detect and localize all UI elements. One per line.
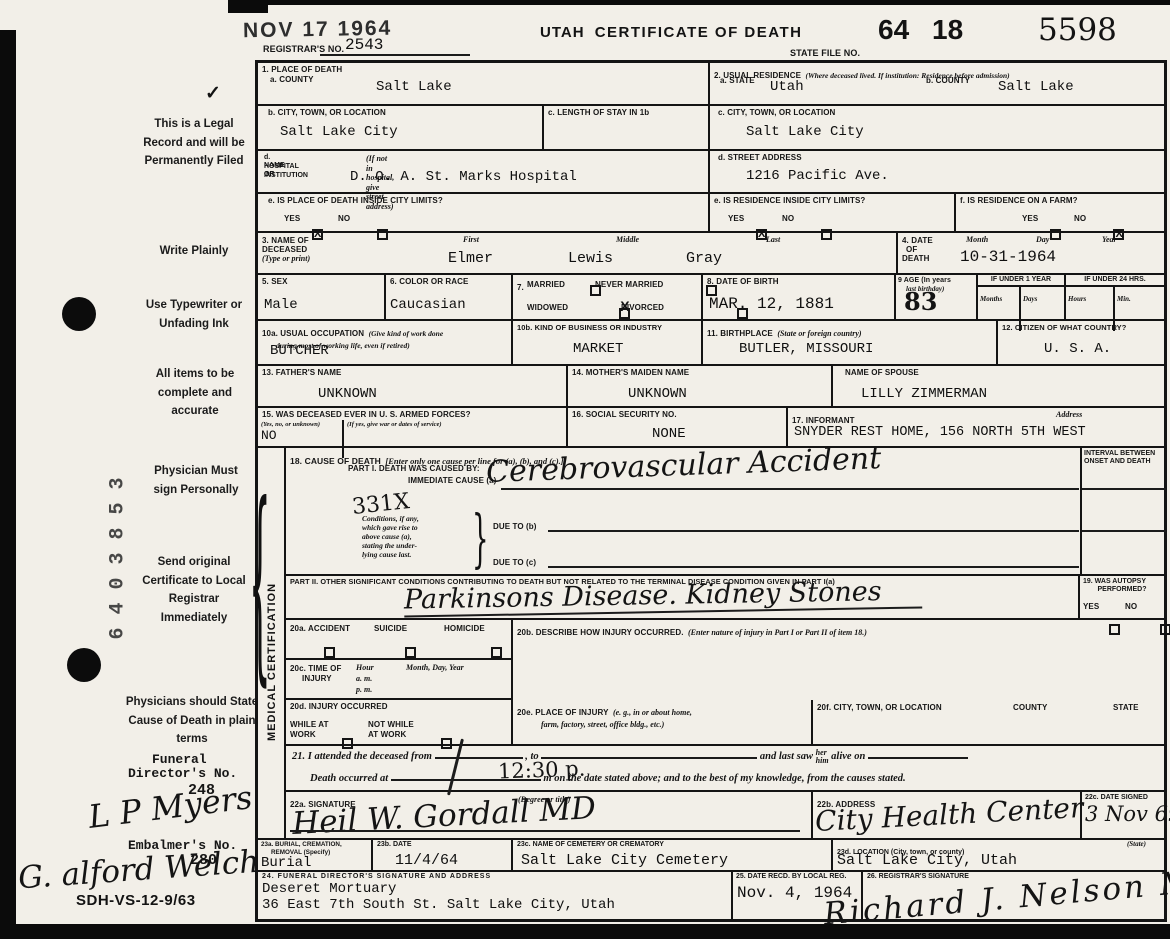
field-14-mother: 14. MOTHER'S MAIDEN NAME UNKNOWN xyxy=(568,366,833,406)
field-23a-label-1: 23a. BURIAL, CREMATION, xyxy=(261,841,368,849)
field-20f-label: 20f. CITY, TOWN, OR LOCATION xyxy=(817,703,942,713)
conditions-line-5: lying cause last. xyxy=(362,550,474,559)
section-usual-residence: 2. USUAL RESIDENCE (Where deceased lived… xyxy=(710,63,1164,231)
field-5-value: Male xyxy=(264,297,298,313)
field-23b-date: 23b. DATE 11/4/64 xyxy=(373,840,513,870)
due-b-line xyxy=(548,516,1079,532)
conditions-line-3: above cause (a), xyxy=(362,532,474,541)
field-24-label: 24. FUNERAL DIRECTOR'S SIGNATURE AND ADD… xyxy=(262,873,727,881)
field-15-note-2: (If yes, give war or dates of service) xyxy=(347,421,563,429)
funeral-director-no-label-1: Funeral xyxy=(152,752,207,767)
field-23c-cemetery: 23c. NAME OF CEMETERY OR CREMATORY Salt … xyxy=(513,840,833,870)
field-2d-street: d. STREET ADDRESS 1216 Pacific Ave. xyxy=(710,151,806,192)
medical-certification-main: 18. CAUSE OF DEATH [Enter only one cause… xyxy=(286,448,1164,838)
medical-certification-label: MEDICAL CERTIFICATION xyxy=(266,552,278,772)
field-1a-county: 1. PLACE OF DEATH a. COUNTY Salt Lake xyxy=(258,63,346,104)
field-24-funeral-director: 24. FUNERAL DIRECTOR'S SIGNATURE AND ADD… xyxy=(258,872,733,919)
field-7-divorced-label: DIVORCED xyxy=(621,303,664,313)
field-20a-homicide-label: HOMICIDE xyxy=(444,624,485,634)
field-3-middle-value: Lewis xyxy=(568,250,613,267)
field-1b-city: b. CITY, TOWN, OR LOCATION Salt Lake Cit… xyxy=(258,106,544,149)
field-2f-yes-label: YES xyxy=(1022,214,1038,224)
field-20a-suicide-label: SUICIDE xyxy=(374,624,407,634)
field-9-age: 9 AGE (In years last birthday) 83 xyxy=(896,275,978,319)
field-1e-yes-label: YES xyxy=(284,214,300,224)
field-2e-yes-label: YES xyxy=(728,214,744,224)
field-8-date-of-birth: 8. DATE OF BIRTH MAR. 12, 1881 xyxy=(703,275,896,319)
registrar-no-line xyxy=(320,38,470,56)
margin-checkmark: ✓ xyxy=(205,82,221,105)
field-15-armed-forces: 15. WAS DECEASED EVER IN U. S. ARMED FOR… xyxy=(258,408,568,446)
field-3-last-value: Gray xyxy=(686,250,722,267)
field-1a-value: Salt Lake xyxy=(376,79,452,95)
am-label: a. m. xyxy=(356,674,372,684)
accident-checkbox xyxy=(324,647,335,658)
hours-label: Hours xyxy=(1068,295,1086,303)
death-occurred-text: Death occurred at xyxy=(310,773,388,784)
field-20e-note-2: farm, factory, street, office bldg., etc… xyxy=(541,720,807,730)
field-11-label: 11. BIRTHPLACE xyxy=(707,329,773,338)
field-4-day-label: Day xyxy=(1036,235,1049,245)
margin-write-plainly: Write Plainly xyxy=(138,242,250,261)
field-9-value: 83 xyxy=(904,287,937,316)
scan-edge-left xyxy=(0,30,16,939)
immediate-cause-label: IMMEDIATE CAUSE (a) xyxy=(408,476,496,486)
due-to-b-label: DUE TO (b) xyxy=(493,522,537,532)
funeral-director-signature: L P Myers xyxy=(86,778,254,836)
field-1d-hospital: d. NAME OF HOSPITAL OR INSTITUTION (If n… xyxy=(258,151,266,192)
hole-punch-top xyxy=(62,297,96,331)
interval-label-1: INTERVAL BETWEEN xyxy=(1082,448,1164,458)
death-certificate-scan: NOV 17 1964 REGISTRAR'S NO. 2543 UTAH CE… xyxy=(0,0,1170,939)
field-3-last-label: Last xyxy=(766,235,780,245)
field-20c-label-2: INJURY xyxy=(302,674,332,684)
margin-legal-record: This is a Legal Record and will be Perma… xyxy=(138,115,250,171)
field-3-first-value: Elmer xyxy=(448,250,493,267)
month-day-year-label: Month, Day, Year xyxy=(406,663,464,673)
field-24-value-2: 36 East 7th South St. Salt Lake City, Ut… xyxy=(262,897,727,913)
time-of-death-value: 12:30 p. xyxy=(498,756,586,783)
field-23a-value: Burial xyxy=(261,855,368,871)
hour-label: Hour xyxy=(356,663,374,673)
field-14-label: 14. MOTHER'S MAIDEN NAME xyxy=(572,368,827,378)
field-13-father: 13. FATHER'S NAME UNKNOWN xyxy=(258,366,568,406)
field-7-marital-status: 7. MARRIED NEVER MARRIED WIDOWED X DIVOR… xyxy=(513,275,703,319)
field-15-value: NO xyxy=(261,428,339,443)
section-place-of-death: 1. PLACE OF DEATH a. COUNTY Salt Lake b.… xyxy=(258,63,710,231)
days-label: Days xyxy=(1023,295,1037,303)
field-23c-label: 23c. NAME OF CEMETERY OR CREMATORY xyxy=(517,841,827,849)
field-23b-value: 11/4/64 xyxy=(395,852,458,869)
field-9-under-1-year: IF UNDER 1 YEAR Months Days xyxy=(978,275,1066,319)
min-label: Min. xyxy=(1117,295,1131,303)
interval-column: INTERVAL BETWEEN ONSET AND DEATH xyxy=(1080,448,1164,576)
field-20f-state-label: STATE xyxy=(1113,703,1139,713)
field-10b-value: MARKET xyxy=(573,341,623,357)
field-8-label: 8. DATE OF BIRTH xyxy=(707,277,890,287)
field-12-value: U. S. A. xyxy=(1044,341,1111,357)
scan-edge-top-corner xyxy=(228,0,268,13)
field-25-label: 25. DATE RECD. BY LOCAL REG. xyxy=(736,873,858,881)
embalmer-signature: G. alford Welch xyxy=(17,844,260,897)
while-at-label-1: WHILE AT xyxy=(290,720,329,730)
field-1e-no-label: NO xyxy=(338,214,350,224)
field-16-value: NONE xyxy=(652,426,686,442)
field-20a-accident-label: 20a. ACCIDENT xyxy=(290,624,350,634)
field-1a-label: a. COUNTY xyxy=(270,75,342,85)
field-17-value: SNYDER REST HOME, 156 NORTH 5TH WEST xyxy=(794,425,1086,440)
form-title-main: CERTIFICATE OF DEATH xyxy=(595,24,803,41)
physician-address-value: City Health Center xyxy=(814,791,1084,838)
field-2f-no-label: NO xyxy=(1074,214,1086,224)
field-5-sex: 5. SEX Male xyxy=(258,275,386,319)
interval-label-2: ONSET AND DEATH xyxy=(1082,458,1164,466)
field-1d-value: D. O. A. St. Marks Hospital xyxy=(350,169,577,185)
not-while-label-2: AT WORK xyxy=(368,730,406,740)
field-1c-label: c. LENGTH OF STAY IN 1b xyxy=(548,108,704,118)
him-text: him xyxy=(816,757,829,765)
form-code: SDH-VS-12-9/63 xyxy=(76,892,196,909)
field-6-value: Caucasian xyxy=(390,297,466,313)
state-file-no-a: 64 xyxy=(878,14,909,46)
field-7-never-married-label: NEVER MARRIED xyxy=(595,280,663,290)
state-file-label: STATE FILE NO. xyxy=(790,48,860,59)
due-c-line xyxy=(548,552,1079,568)
field-2b-label: b. COUNTY xyxy=(926,76,970,86)
field-spouse-label: NAME OF SPOUSE xyxy=(845,368,1160,378)
field-17-address-label: Address xyxy=(1056,410,1082,420)
not-while-label-1: NOT WHILE xyxy=(368,720,414,730)
field-2ab: 2. USUAL RESIDENCE (Where deceased lived… xyxy=(710,63,1014,104)
medical-certification-strip: { MEDICAL CERTIFICATION xyxy=(258,448,286,838)
field-2c-label: c. CITY, TOWN, OR LOCATION xyxy=(718,108,835,118)
field-1-label: 1. PLACE OF DEATH xyxy=(262,65,342,75)
conditions-line-4: stating the under- xyxy=(362,541,474,550)
field-2-note: (Where deceased lived. If institution: R… xyxy=(805,71,1009,80)
date-signed-value: 3 Nov 69 xyxy=(1085,802,1170,826)
field-15-label: 15. WAS DECEASED EVER IN U. S. ARMED FOR… xyxy=(258,408,566,420)
field-3-name-of-deceased: 3. NAME OF DECEASED (Type or print) Firs… xyxy=(258,233,898,273)
field-19-yes-label: YES xyxy=(1083,602,1099,612)
physician-signature: Heil W. Gordall MD xyxy=(291,790,597,842)
field-19-label-1: 19. WAS AUTOPSY xyxy=(1083,578,1161,586)
field-20d-label: 20d. INJURY OCCURRED xyxy=(290,702,507,712)
field-10a-occupation: 10a. USUAL OCCUPATION (Give kind of work… xyxy=(258,321,513,364)
field-23b-label: 23b. DATE xyxy=(377,841,507,849)
interval-line-b xyxy=(1082,516,1166,532)
field-7-label: 7. xyxy=(517,283,524,292)
conditions-line-2: which gave rise to xyxy=(362,523,474,532)
film-number-vertical: 6403853 xyxy=(107,340,130,640)
field-2c-city: c. CITY, TOWN, OR LOCATION Salt Lake Cit… xyxy=(710,106,839,149)
conditions-brace: } xyxy=(472,505,489,577)
field-23c-value: Salt Lake City Cemetery xyxy=(521,852,728,869)
field-11-value: BUTLER, MISSOURI xyxy=(739,341,873,357)
field-2a-value: Utah xyxy=(770,79,804,95)
field-20b-note: (Enter nature of injury in Part I or Par… xyxy=(688,628,867,637)
field-20f-county-label: COUNTY xyxy=(1013,703,1047,713)
field-23d-state-note: (State) xyxy=(1127,840,1146,848)
field-7-widowed-label: WIDOWED xyxy=(527,303,568,313)
field-13-value: UNKNOWN xyxy=(318,386,377,402)
margin-send-original: Send original Certificate to Local Regis… xyxy=(138,553,250,628)
signature-line xyxy=(290,818,800,832)
field-16-label: 16. SOCIAL SECURITY NO. xyxy=(572,410,782,420)
under-1-year-label: IF UNDER 1 YEAR xyxy=(978,275,1064,287)
due-to-c-label: DUE TO (c) xyxy=(493,558,536,568)
scan-edge-top xyxy=(228,0,1170,5)
field-6-label: 6. COLOR OR RACE xyxy=(390,277,507,287)
field-9-label-1: 9 AGE (In years xyxy=(898,277,974,285)
field-13-label: 13. FATHER'S NAME xyxy=(262,368,562,378)
field-4-label-3: DEATH xyxy=(902,254,929,264)
funeral-director-no-label-2: Director's No. xyxy=(128,766,237,781)
field-10a-note-1: (Give kind of work done xyxy=(369,329,444,338)
field-6-race: 6. COLOR OR RACE Caucasian xyxy=(386,275,513,319)
field-23d-location: 23d. LOCATION (City, town, or county) (S… xyxy=(833,840,1164,870)
hole-punch-bottom xyxy=(67,648,101,682)
pen-flourish xyxy=(447,738,464,795)
field-19-no-label: NO xyxy=(1125,602,1137,612)
field-3-middle-label: Middle xyxy=(616,235,639,245)
margin-state-cause: Physicians should State Cause of Death i… xyxy=(124,693,260,749)
field-17-informant: 17. INFORMANT Address SNYDER REST HOME, … xyxy=(788,408,1164,446)
interval-line-a xyxy=(1082,476,1166,490)
field-2a-label: a. STATE xyxy=(720,76,755,86)
field-16-ssn: 16. SOCIAL SECURITY NO. NONE xyxy=(568,408,788,446)
field-3-first-label: First xyxy=(463,235,479,245)
field-19-label-2: PERFORMED? xyxy=(1083,586,1161,594)
field-2c-value: Salt Lake City xyxy=(746,124,864,140)
field-3-label-3: (Type or print) xyxy=(262,254,310,264)
field-12-citizen: 12. CITIZEN OF WHAT COUNTRY? U. S. A. xyxy=(998,321,1164,364)
field-4-year-label: Year xyxy=(1102,235,1117,245)
field-2f-label: f. IS RESIDENCE ON A FARM? xyxy=(960,196,1160,206)
field-10a-label: 10a. USUAL OCCUPATION xyxy=(262,329,364,338)
form-title: UTAH CERTIFICATE OF DEATH xyxy=(540,24,803,41)
field-1e-city-limits: e. IS PLACE OF DEATH INSIDE CITY LIMITS?… xyxy=(258,194,447,233)
suicide-checkbox xyxy=(405,647,416,658)
state-file-no-b: 18 xyxy=(932,14,963,46)
field-10a-value: BUTCHER xyxy=(270,343,329,359)
field-11-note: (State or foreign country) xyxy=(777,329,861,338)
field-20e-label: 20e. PLACE OF INJURY xyxy=(517,708,609,717)
field-26-registrar: 26. REGISTRAR'S SIGNATURE Richard J. Nel… xyxy=(863,872,1164,919)
field-17-label: 17. INFORMANT xyxy=(792,416,855,425)
field-4-date-of-death: 4. DATE OF DEATH Month Day Year 10-31-19… xyxy=(898,233,1164,273)
field-1c-length-of-stay: c. LENGTH OF STAY IN 1b xyxy=(544,106,708,149)
field-4-month-label: Month xyxy=(966,235,988,245)
field-2d-value: 1216 Pacific Ave. xyxy=(746,168,889,184)
field-8-value: MAR. 12, 1881 xyxy=(709,295,834,313)
field-spouse-value: LILLY ZIMMERMAN xyxy=(861,386,987,402)
while-at-label-2: WORK xyxy=(290,730,316,740)
field-1b-label: b. CITY, TOWN, OR LOCATION xyxy=(268,108,538,118)
form-title-state: UTAH xyxy=(540,24,585,41)
field-7-married-label: MARRIED xyxy=(527,280,565,290)
margin-use-typewriter: Use Typewriter or Unfading Ink xyxy=(130,296,258,333)
field-23d-value: Salt Lake City, Utah xyxy=(837,852,1017,869)
margin-all-items: All items to be complete and accurate xyxy=(138,365,252,421)
scan-edge-bottom xyxy=(0,924,1170,939)
field-4-value: 10-31-1964 xyxy=(960,248,1056,266)
months-label: Months xyxy=(980,295,1002,303)
field-2d-label: d. STREET ADDRESS xyxy=(718,153,802,163)
field-20b-label: 20b. DESCRIBE HOW INJURY OCCURRED. xyxy=(517,628,684,637)
attended-text-1: 21. I attended the deceased from xyxy=(292,751,432,762)
field-5-label: 5. SEX xyxy=(262,277,380,287)
field-1d-label-3: INSTITUTION xyxy=(264,172,308,180)
under-24-hrs-label: IF UNDER 24 HRS. xyxy=(1066,275,1164,287)
field-15-note-1: (Yes, no, or unknown) xyxy=(261,421,339,429)
homicide-checkbox xyxy=(491,647,502,658)
field-2e-label: e. IS RESIDENCE INSIDE CITY LIMITS? xyxy=(714,196,950,206)
field-2b-value: Salt Lake xyxy=(998,79,1074,95)
field-1e-label: e. IS PLACE OF DEATH INSIDE CITY LIMITS? xyxy=(268,196,443,206)
pm-label: p. m. xyxy=(356,685,372,695)
margin-physician-sign: Physician Must sign Personally xyxy=(146,462,246,499)
field-1b-value: Salt Lake City xyxy=(280,124,398,140)
field-20c-label-1: 20c. TIME OF xyxy=(290,664,341,674)
field-24-value-1: Deseret Mortuary xyxy=(262,881,727,897)
field-2f-farm: f. IS RESIDENCE ON A FARM? YES NO X xyxy=(956,194,1164,233)
field-20e-note-1: (e. g., in or about home, xyxy=(613,708,692,717)
field-23a-burial: 23a. BURIAL, CREMATION, REMOVAL (Specify… xyxy=(258,840,373,870)
field-9-under-24-hrs: IF UNDER 24 HRS. Hours Min. xyxy=(1066,275,1164,319)
part-1-label: PART I. DEATH WAS CAUSED BY: xyxy=(348,464,480,474)
field-10b-business: 10b. KIND OF BUSINESS OR INDUSTRY MARKET xyxy=(513,321,703,364)
alive-on-text: alive on xyxy=(831,751,865,762)
last-saw-text: and last saw xyxy=(760,751,813,762)
field-spouse: NAME OF SPOUSE LILLY ZIMMERMAN xyxy=(833,366,1164,406)
field-12-label: 12. CITIZEN OF WHAT COUNTRY? xyxy=(1002,323,1160,332)
attended-text-2: m on the date stated above; and to the b… xyxy=(543,773,905,784)
state-file-no-c: 5598 xyxy=(1038,12,1117,48)
field-14-value: UNKNOWN xyxy=(628,386,687,402)
field-10b-label: 10b. KIND OF BUSINESS OR INDUSTRY xyxy=(517,323,697,332)
field-11-birthplace: 11. BIRTHPLACE (State or foreign country… xyxy=(703,321,998,364)
field-2e-no-label: NO xyxy=(782,214,794,224)
field-2e-city-limits: e. IS RESIDENCE INSIDE CITY LIMITS? YES … xyxy=(710,194,956,233)
certificate-form: 1. PLACE OF DEATH a. COUNTY Salt Lake b.… xyxy=(255,60,1167,922)
conditions-line-1: Conditions, if any, xyxy=(362,514,474,523)
